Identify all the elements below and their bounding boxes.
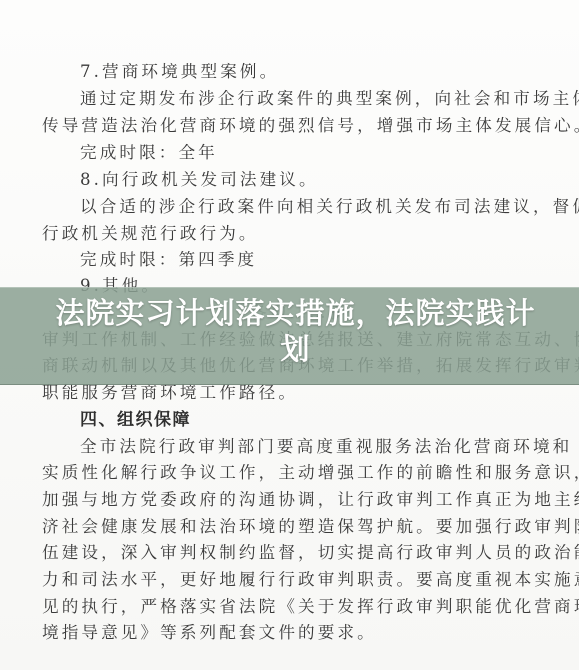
- section-heading-organization: 四、组织保障: [80, 407, 191, 433]
- section-paragraph-line-2: 实质性化解行政争议工作，主动增强工作的前瞻性和服务意识，: [42, 460, 579, 486]
- section-paragraph-line-3: 加强与地方党委政府的沟通协调，让行政审判工作真正为地主经: [42, 487, 579, 513]
- item-7-deadline: 完成时限：全年: [80, 140, 218, 166]
- item-7-title: 7.营商环境典型案例。: [80, 59, 279, 85]
- section-paragraph-line-8: 境指导意见》等系列配套文件的要求。: [42, 620, 377, 646]
- item-8-paragraph-line-1: 以合适的涉企行政案件向相关行政机关发布司法建议，督促: [80, 194, 579, 220]
- item-7-paragraph-line-2: 传导营造法治化营商环境的强烈信号，增强市场主体发展信心。: [42, 113, 579, 139]
- item-8-deadline: 完成时限：第四季度: [80, 247, 257, 273]
- item-8-paragraph-line-2: 行政机关规范行政行为。: [42, 221, 259, 247]
- section-paragraph-line-7: 见的执行，严格落实省法院《关于发挥行政审判职能优化营商环: [42, 594, 579, 620]
- banner-title: 法院实习计划落实措施，法院实践计划: [42, 295, 549, 367]
- item-7-paragraph-line-1: 通过定期发布涉企行政案件的典型案例，向社会和市场主体: [80, 86, 579, 112]
- section-paragraph-line-6: 力和司法水平，更好地履行行政审判职责。要高度重视本实施意: [42, 567, 579, 593]
- section-paragraph-line-5: 伍建设，深入审判权制约监督，切实提高行政审判人员的政治能: [42, 540, 579, 566]
- section-paragraph-line-1: 全市法院行政审判部门要高度重视服务法治化营商环境和: [80, 434, 572, 460]
- item-8-title: 8.向行政机关发司法建议。: [80, 167, 319, 193]
- section-paragraph-line-4: 济社会健康发展和法治环境的塑造保驾护航。要加强行政审判队: [42, 514, 579, 540]
